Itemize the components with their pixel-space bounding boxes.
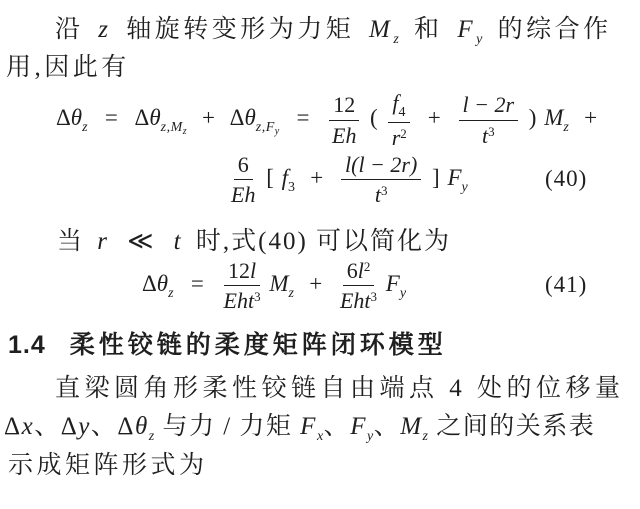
fraction-l-minus-2r-over-t3: l − 2r t3 bbox=[459, 92, 519, 148]
var-t: t bbox=[174, 228, 183, 255]
section-heading: 1.4柔性铰链的柔度矩阵闭环模型 bbox=[8, 325, 447, 361]
var-Mz: Mz bbox=[369, 16, 399, 43]
delta-theta-z-Mz: Δθz,Mz bbox=[135, 105, 188, 130]
equation-number-40: (40) bbox=[545, 166, 587, 192]
left-bracket: [ bbox=[266, 165, 274, 190]
var-Mz: Mz bbox=[269, 271, 294, 296]
var-Fy: Fy bbox=[447, 165, 468, 190]
cn-text: 直梁圆角形柔性铰链自由端点 4 处的位移量 bbox=[55, 375, 625, 402]
plus-sign: + bbox=[428, 105, 441, 130]
cn-text: 时,式(40) 可以简化为 bbox=[196, 228, 451, 255]
cn-text: 示成矩阵形式为 bbox=[8, 452, 208, 479]
fraction-denominator: Eht3 bbox=[224, 286, 261, 313]
fraction-12-over-Eh: 12 Eh bbox=[329, 92, 359, 148]
fraction-12l-over-Eht3: 12l Eht3 bbox=[224, 258, 261, 314]
condition-line: 当 r ≪ t 时,式(40) 可以简化为 bbox=[57, 221, 451, 257]
enum-comma: 、 bbox=[91, 413, 118, 440]
fraction-numerator: l − 2r bbox=[459, 92, 519, 120]
enum-comma: 、 bbox=[374, 413, 401, 440]
right-bracket: ] bbox=[432, 165, 440, 190]
left-paren: ( bbox=[370, 105, 378, 130]
section-number: 1.4 bbox=[8, 331, 46, 359]
paragraph-intro-line-1: 沿 z 轴旋转变形为力矩 Mz 和 Fy 的综合作 bbox=[55, 9, 612, 47]
delta-y: Δy bbox=[61, 413, 91, 440]
fraction-denominator: r2 bbox=[392, 123, 407, 150]
var-f3: f3 bbox=[282, 165, 296, 190]
cn-text: 沿 bbox=[55, 16, 84, 43]
fraction-6l2-over-Eht3: 6l2 Eht3 bbox=[340, 258, 377, 314]
cn-text: 轴旋转变形为力矩 bbox=[126, 16, 354, 43]
var-z: z bbox=[98, 16, 111, 43]
cn-text: 与力 / 力矩 bbox=[162, 413, 292, 440]
much-less-sign: ≪ bbox=[127, 228, 155, 255]
delta-theta-z: Δθz bbox=[142, 271, 174, 296]
fraction-numerator: 6 bbox=[234, 152, 253, 180]
paragraph-matrix-line-2: Δx、Δy、Δθz 与力 / 力矩 Fx、Fy、Mz 之间的关系表 bbox=[4, 406, 595, 444]
fraction-numerator: f4 bbox=[388, 90, 410, 123]
fraction-denominator: Eh bbox=[231, 180, 255, 207]
enum-comma: 、 bbox=[34, 413, 61, 440]
var-Fy: Fy bbox=[457, 16, 483, 43]
paragraph-matrix-line-1: 直梁圆角形柔性铰链自由端点 4 处的位移量 bbox=[55, 368, 625, 404]
cn-text: 之间的关系表 bbox=[436, 413, 595, 440]
section-title: 柔性铰链的柔度矩阵闭环模型 bbox=[70, 331, 447, 359]
var-Fy: Fy bbox=[386, 271, 407, 296]
cn-text: 和 bbox=[414, 16, 443, 43]
cn-text: 用,因此有 bbox=[6, 54, 130, 81]
var-r: r bbox=[97, 228, 109, 255]
fraction-denominator: Eht3 bbox=[340, 286, 377, 313]
enum-comma: 、 bbox=[324, 413, 351, 440]
var-Fx: Fx bbox=[300, 413, 324, 440]
fraction-denominator: Eh bbox=[332, 121, 356, 148]
var-Mz: Mz bbox=[544, 105, 569, 130]
equation-40-row-2: 6 Eh [ f3 + l(l − 2r) t3 ] Fy bbox=[228, 152, 468, 208]
fraction-numerator: 12 bbox=[329, 92, 359, 120]
plus-sign: + bbox=[309, 271, 322, 296]
equation-40-row-1: Δθz = Δθz,Mz + Δθz,Fy = 12 Eh ( f4 r2 + … bbox=[56, 90, 606, 150]
equals-sign: = bbox=[191, 271, 204, 296]
plus-sign: + bbox=[310, 165, 323, 190]
fraction-f4-over-r2: f4 r2 bbox=[388, 90, 410, 150]
cn-text: 的综合作 bbox=[498, 16, 612, 43]
right-paren: ) bbox=[529, 105, 537, 130]
var-Fy: Fy bbox=[350, 413, 374, 440]
fraction-l-l-minus-2r-over-t3: l(l − 2r) t3 bbox=[341, 152, 421, 208]
cn-text: 当 bbox=[57, 228, 84, 255]
fraction-numerator: 12l bbox=[224, 258, 260, 286]
delta-theta-z: Δθz bbox=[117, 413, 154, 440]
delta-theta-z: Δθz bbox=[56, 105, 88, 130]
fraction-denominator: t3 bbox=[375, 180, 388, 207]
delta-theta-z-Fy: Δθz,Fy bbox=[230, 105, 280, 130]
document-page: 沿 z 轴旋转变形为力矩 Mz 和 Fy 的综合作 用,因此有 Δθz = Δθ… bbox=[0, 0, 640, 509]
paragraph-matrix-line-3: 示成矩阵形式为 bbox=[8, 445, 208, 481]
fraction-numerator: l(l − 2r) bbox=[341, 152, 421, 180]
equals-sign: = bbox=[105, 105, 118, 130]
fraction-6-over-Eh: 6 Eh bbox=[231, 152, 255, 208]
paragraph-intro-line-2: 用,因此有 bbox=[6, 47, 130, 83]
equation-number-41: (41) bbox=[545, 272, 587, 298]
plus-sign: + bbox=[202, 105, 215, 130]
fraction-denominator: t3 bbox=[482, 121, 495, 148]
fraction-numerator: 6l2 bbox=[343, 258, 375, 286]
delta-x: Δx bbox=[4, 413, 34, 440]
plus-sign: + bbox=[584, 105, 597, 130]
equation-41: Δθz = 12l Eht3 Mz + 6l2 Eht3 Fy bbox=[142, 258, 407, 314]
var-Mz: Mz bbox=[400, 413, 428, 440]
equals-sign: = bbox=[297, 105, 310, 130]
